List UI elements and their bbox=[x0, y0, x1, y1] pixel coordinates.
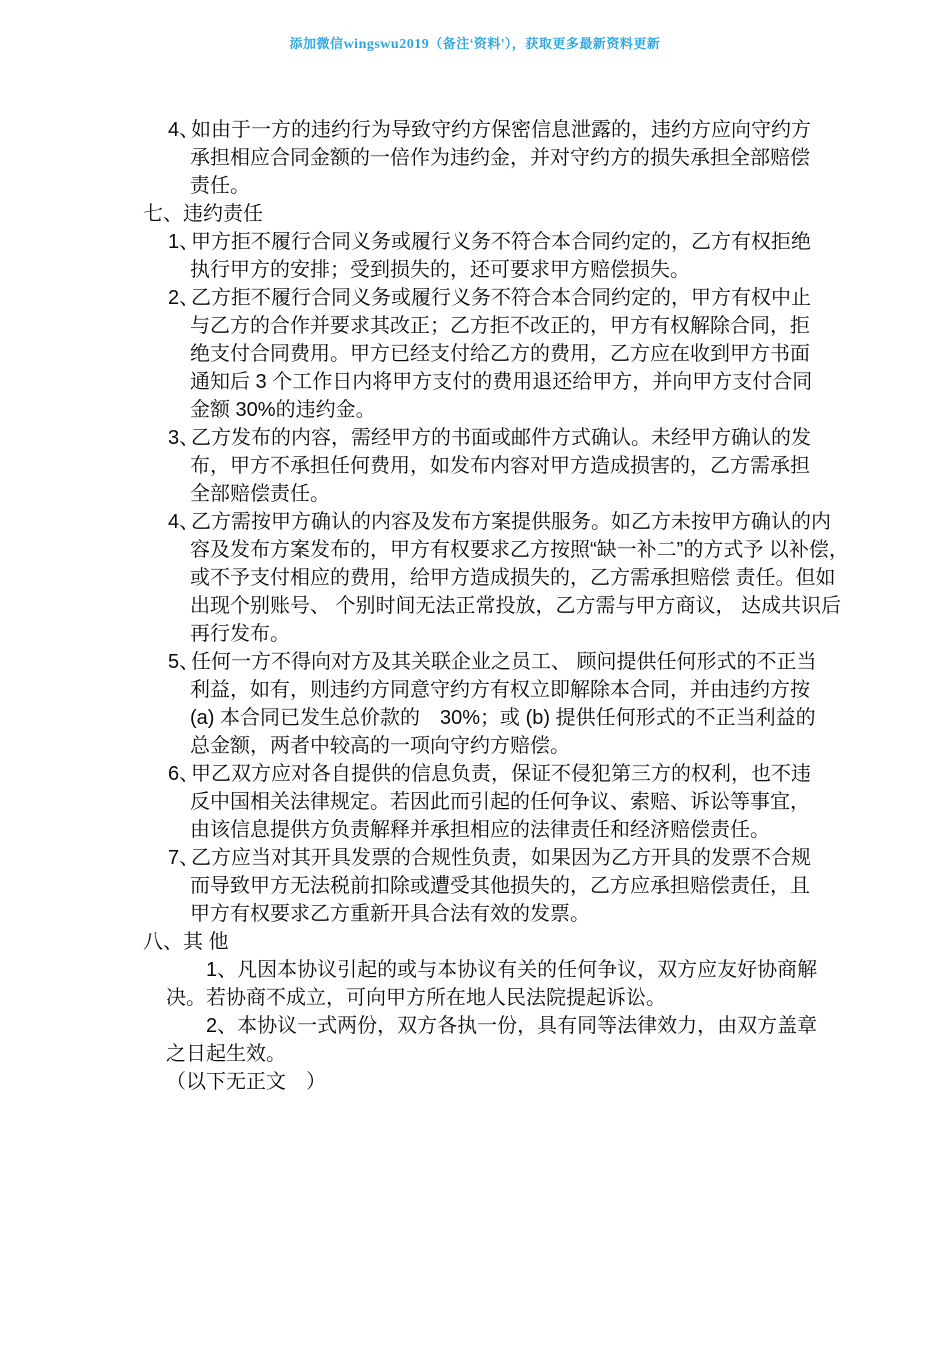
clause-number: 2、 bbox=[168, 284, 191, 312]
clause-text: 乙方发布的内容，需经甲方的书面或邮件方式确认。未经甲方确认的发 bbox=[191, 427, 811, 449]
clause-line: 4、乙方需按甲方确认的内容及发布方案提供服务。如乙方未按甲方确认的内 bbox=[168, 508, 950, 536]
clause-line: 由该信息提供方负责解释并承担相应的法律责任和经济赔偿责任。 bbox=[190, 816, 950, 844]
section-heading: 七、违约责任 bbox=[143, 200, 950, 228]
clause-number: 4、 bbox=[168, 508, 191, 536]
section-heading: 八、其 他 bbox=[143, 928, 950, 956]
clause-line: 5、任何一方不得向对方及其关联企业之员工、 顾问提供任何形式的不正当 bbox=[168, 648, 950, 676]
watermark-note: 添加微信wingswu2019（备注‘资料’），获取更多最新资料更新 bbox=[0, 33, 950, 53]
clause-line: 或不予支付相应的费用，给甲方造成损失的，乙方需承担赔偿 责任。但如 bbox=[190, 564, 950, 592]
clause-line: 3、乙方发布的内容，需经甲方的书面或邮件方式确认。未经甲方确认的发 bbox=[168, 424, 950, 452]
clause-line: 承担相应合同金额的一倍作为违约金，并对守约方的损失承担全部赔偿 bbox=[190, 144, 950, 172]
clause-number: 5、 bbox=[168, 648, 191, 676]
document-page: { "header": { "prefix": "添加微信", "wechat_… bbox=[0, 0, 950, 1345]
paragraph-line: 决。若协商不成立，可向甲方所在地人民法院提起诉讼。 bbox=[166, 984, 950, 1012]
contract-body: 4、如由于一方的违约行为导致守约方保密信息泄露的，违约方应向守约方承担相应合同金… bbox=[0, 116, 950, 1096]
paragraph-line: 之日起生效。 bbox=[166, 1040, 950, 1068]
paragraph-line: 2、本协议一式两份，双方各执一份，具有同等法律效力，由双方盖章 bbox=[206, 1012, 950, 1040]
clause-line: 通知后 3 个工作日内将甲方支付的费用退还给甲方，并向甲方支付合同 bbox=[190, 368, 950, 396]
clause-line: 6、甲乙双方应对各自提供的信息负责，保证不侵犯第三方的权利，也不违 bbox=[168, 760, 950, 788]
clause-line: 而导致甲方无法税前扣除或遭受其他损失的，乙方应承担赔偿责任，且 bbox=[190, 872, 950, 900]
clause-text: 如由于一方的违约行为导致守约方保密信息泄露的，违约方应向守约方 bbox=[191, 119, 811, 141]
wechat-id: wingswu2019 bbox=[344, 37, 430, 52]
clause-text: 乙方应当对其开具发票的合规性负责，如果因为乙方开具的发票不合规 bbox=[191, 847, 811, 869]
watermark-suffix: （备注‘资料’），获取更多最新资料更新 bbox=[429, 36, 660, 51]
clause-line: 利益，如有，则违约方同意守约方有权立即解除本合同，并由违约方按 bbox=[190, 676, 950, 704]
clause-text: 甲方拒不履行合同义务或履行义务不符合本合同约定的，乙方有权拒绝 bbox=[191, 231, 811, 253]
clause-line: 全部赔偿责任。 bbox=[190, 480, 950, 508]
clause-line: 2、乙方拒不履行合同义务或履行义务不符合本合同约定的，甲方有权中止 bbox=[168, 284, 950, 312]
clause-line: 容及发布方案发布的，甲方有权要求乙方按照“缺一补二”的方式予 以补偿， bbox=[190, 536, 950, 564]
clause-line: 甲方有权要求乙方重新开具合法有效的发票。 bbox=[190, 900, 950, 928]
clause-line: 金额 30%的违约金。 bbox=[190, 396, 950, 424]
clause-line: 绝支付合同费用。甲方已经支付给乙方的费用，乙方应在收到甲方书面 bbox=[190, 340, 950, 368]
clause-line: 1、甲方拒不履行合同义务或履行义务不符合本合同约定的，乙方有权拒绝 bbox=[168, 228, 950, 256]
clause-line: 4、如由于一方的违约行为导致守约方保密信息泄露的，违约方应向守约方 bbox=[168, 116, 950, 144]
clause-text: 甲乙双方应对各自提供的信息负责，保证不侵犯第三方的权利，也不违 bbox=[191, 763, 811, 785]
paragraph-line: 1、凡因本协议引起的或与本协议有关的任何争议，双方应友好协商解 bbox=[206, 956, 950, 984]
clause-line: 执行甲方的安排；受到损失的，还可要求甲方赔偿损失。 bbox=[190, 256, 950, 284]
clause-line: 反中国相关法律规定。若因此而引起的任何争议、索赔、诉讼等事宜， bbox=[190, 788, 950, 816]
clause-line: 7、乙方应当对其开具发票的合规性负责，如果因为乙方开具的发票不合规 bbox=[168, 844, 950, 872]
clause-text: 任何一方不得向对方及其关联企业之员工、 顾问提供任何形式的不正当 bbox=[191, 651, 817, 673]
clause-text: 乙方需按甲方确认的内容及发布方案提供服务。如乙方未按甲方确认的内 bbox=[191, 511, 831, 533]
clause-number: 4、 bbox=[168, 116, 191, 144]
clause-line: 出现个别账号、 个别时间无法正常投放，乙方需与甲方商议， 达成共识后 bbox=[190, 592, 950, 620]
clause-line: 再行发布。 bbox=[190, 620, 950, 648]
clause-number: 3、 bbox=[168, 424, 191, 452]
clause-line: 总金额，两者中较高的一项向守约方赔偿。 bbox=[190, 732, 950, 760]
clause-number: 7、 bbox=[168, 844, 191, 872]
clause-number: 1、 bbox=[168, 228, 191, 256]
clause-text: 乙方拒不履行合同义务或履行义务不符合本合同约定的，甲方有权中止 bbox=[191, 287, 811, 309]
clause-line: (a) 本合同已发生总价款的 30%；或 (b) 提供任何形式的不正当利益的 bbox=[190, 704, 950, 732]
clause-number: 6、 bbox=[168, 760, 191, 788]
watermark-prefix: 添加微信 bbox=[290, 36, 344, 51]
clause-line: 布，甲方不承担任何费用，如发布内容对甲方造成损害的，乙方需承担 bbox=[190, 452, 950, 480]
clause-line: 与乙方的合作并要求其改正；乙方拒不改正的，甲方有权解除合同，拒 bbox=[190, 312, 950, 340]
closing-note: （以下无正文 ） bbox=[166, 1068, 950, 1096]
clause-line: 责任。 bbox=[190, 172, 950, 200]
